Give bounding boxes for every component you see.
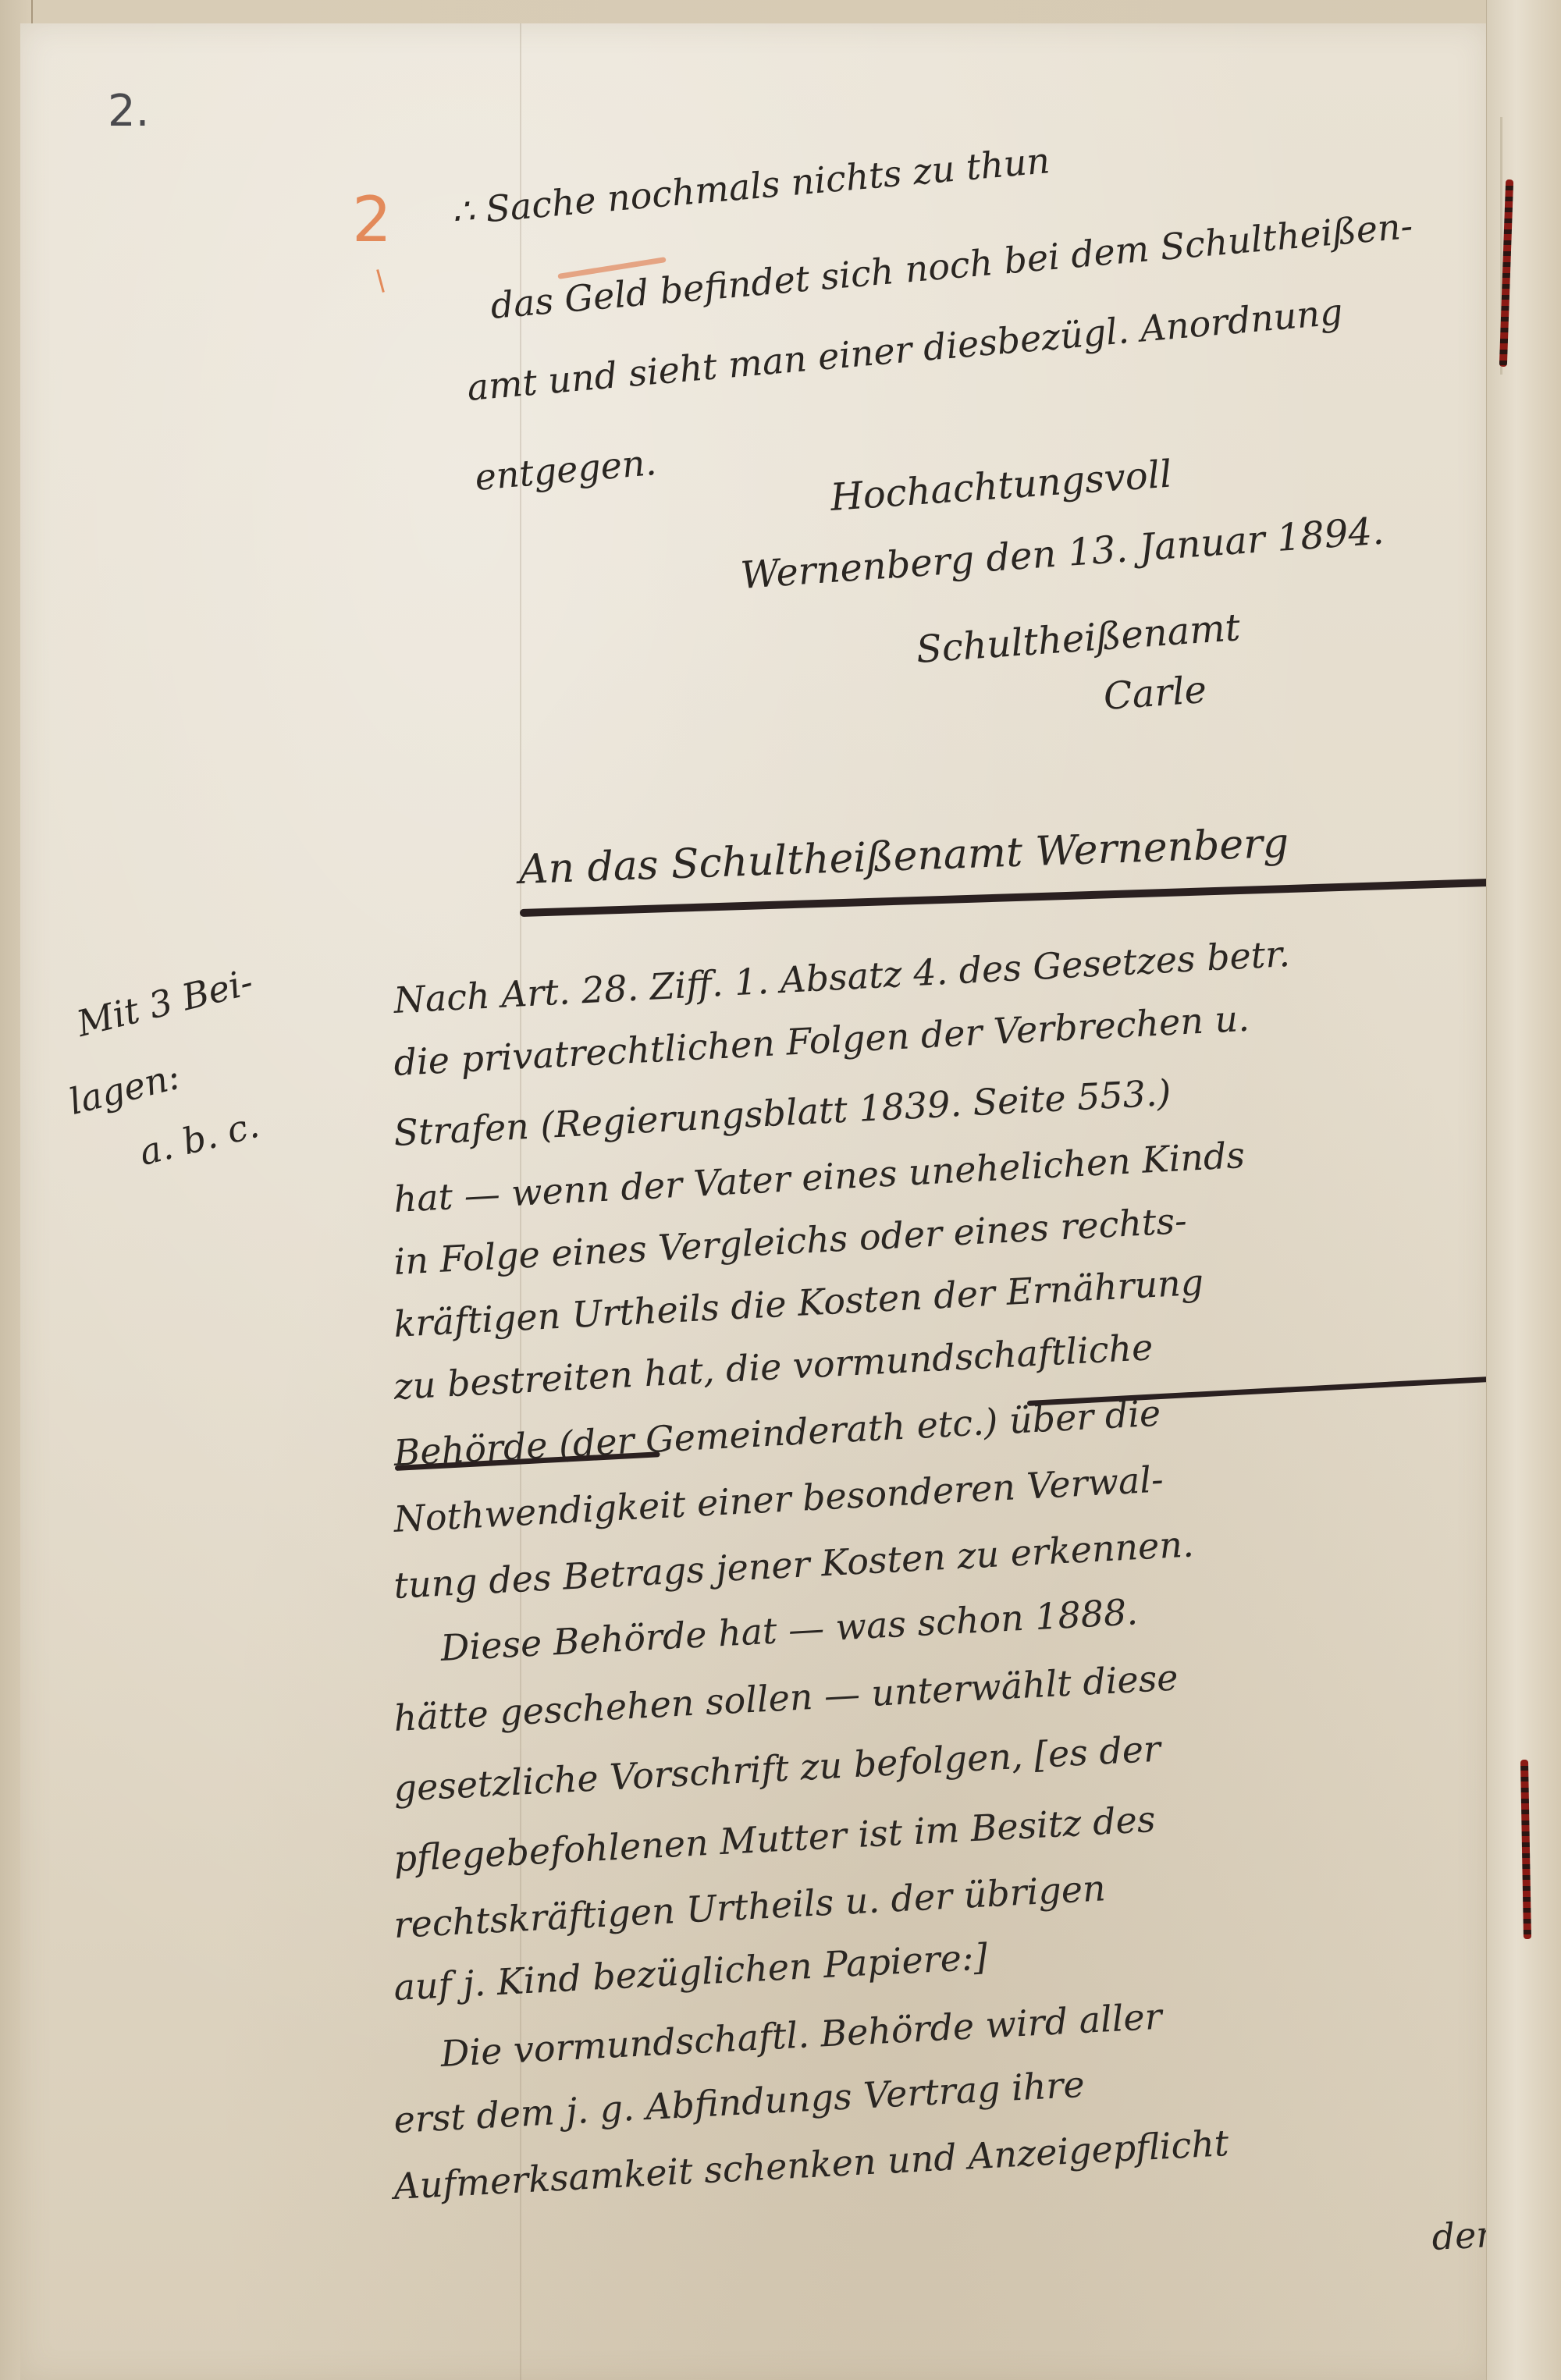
closing-salutation: Hochachtungsvoll	[829, 453, 1173, 520]
memo-line: ∴ Sache nochmals nichts zu thun	[450, 139, 1051, 233]
body-line: der	[1431, 2213, 1494, 2258]
body-line: auf j. Kind bezüglichen Papiere:]	[393, 1935, 988, 2009]
folio-number: 2.	[108, 86, 149, 137]
body-line: Diese Behörde hat — was schon 1888.	[439, 1590, 1139, 1669]
red-pencil-number: 2	[352, 183, 392, 256]
margin-note-line: lagen:	[65, 1055, 184, 1123]
body-line: gesetzliche Vorschrift zu befolgen, [es …	[393, 1728, 1161, 1810]
red-pencil-tick	[376, 269, 385, 293]
body-line: Strafen (Regierungsblatt 1839. Seite 553…	[393, 1071, 1172, 1154]
closing-place-date: Wernenberg den 13. Januar 1894.	[739, 510, 1385, 598]
body-line: rechtskräftigen Urtheils u. der übrigen	[393, 1867, 1107, 1946]
address-heading: An das Schultheißenamt Wernenberg	[518, 820, 1289, 893]
margin-note-line: Mit 3 Bei-	[73, 961, 257, 1045]
margin-note-line: a. b. c.	[135, 1103, 263, 1174]
memo-line: entgegen.	[473, 441, 658, 499]
body-line: Die vormundschaftl. Behörde wird aller	[439, 1995, 1163, 2075]
manuscript-page: 2. 2 ∴ Sache nochmals nichts zu thun das…	[20, 23, 1488, 2380]
body-line: pflegebefohlenen Mutter ist im Besitz de…	[393, 1798, 1156, 1880]
body-line: Nothwendigkeit einer besonderen Verwal-	[393, 1458, 1165, 1540]
body-line: erst dem j. g. Abfindungs Vertrag ihre	[393, 2063, 1086, 2141]
document-scene: 2. 2 ∴ Sache nochmals nichts zu thun das…	[0, 0, 1561, 2380]
binding-edge	[1486, 0, 1561, 2380]
closing-signature: Carle	[1102, 668, 1208, 719]
closing-office: Schultheißenamt	[915, 606, 1242, 672]
body-line: hätte geschehen sollen — unterwählt dies…	[393, 1656, 1179, 1739]
